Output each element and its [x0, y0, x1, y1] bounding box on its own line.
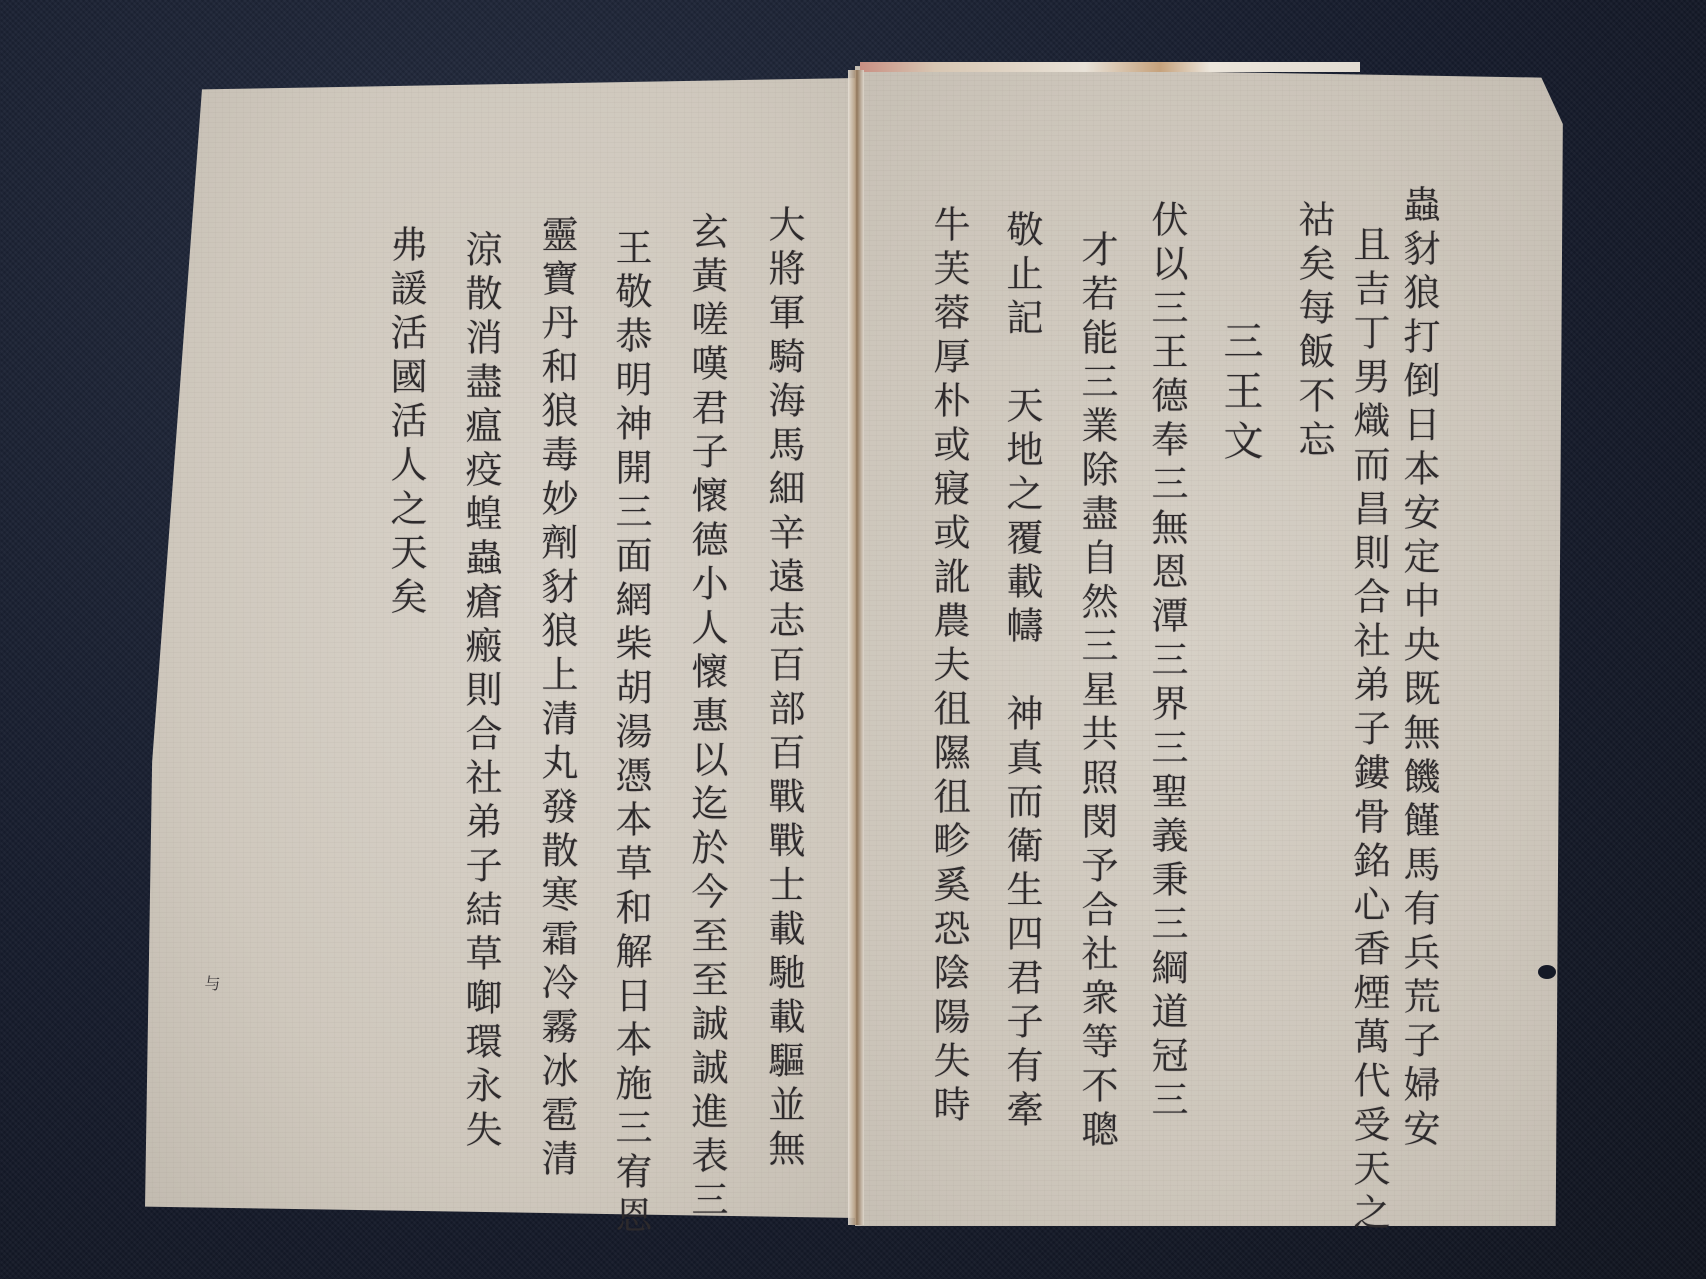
section-title: 三王文 — [1220, 320, 1260, 470]
page-top-edge — [860, 62, 1360, 72]
right-column-8: 牛芙蓉厚朴或寢或訛農夫徂隰徂畛奚恐陰陽失時 — [930, 205, 967, 1129]
page-number-mark: 与 — [200, 975, 223, 991]
paper-hole — [1538, 965, 1556, 979]
left-column-3: 王敬恭明神開三面網柴胡湯憑本草和解日本施三宥恩 — [612, 228, 649, 1240]
left-column-2: 玄黃嗟嘆君子懷德小人懷惠以迄於今至至誠誠進表三 — [688, 212, 725, 1224]
right-column-2: 且吉丁男熾而昌則合社弟子鏤骨銘心香煙萬代受天之 — [1350, 225, 1387, 1237]
right-column-6: 才若能三業除盡自然三星共照閔予合社衆等不聰 — [1078, 230, 1115, 1154]
left-column-4: 靈寶丹和狼毒妙劑豺狼上清丸發散寒霜冷霧冰雹清 — [538, 215, 575, 1183]
left-column-1: 大將軍騎海馬細辛遠志百部百戰戰士載馳載驅並無 — [765, 205, 802, 1173]
left-column-6: 弗諼活國活人之天矣 — [387, 225, 424, 621]
book-spine — [848, 70, 864, 1225]
right-column-5: 伏以三王德奉三無恩潭三界三聖義秉三綱道冠三 — [1148, 200, 1185, 1124]
right-column-7: 敬止記 天地之覆載幬 神真而衛生四君子有牽 — [1003, 210, 1040, 1134]
right-column-3: 祜矣每飯不忘 — [1295, 200, 1332, 464]
open-manuscript-book: 蟲豺狼打倒日本安定中央既無饑饉馬有兵荒子婦安 且吉丁男熾而昌則合社弟子鏤骨銘心香… — [0, 0, 1706, 1279]
left-column-5: 涼散消盡瘟疫蝗蟲瘡瘢則合社弟子結草啣環永失 — [462, 230, 499, 1154]
right-column-1: 蟲豺狼打倒日本安定中央既無饑饉馬有兵荒子婦安 — [1400, 185, 1437, 1153]
